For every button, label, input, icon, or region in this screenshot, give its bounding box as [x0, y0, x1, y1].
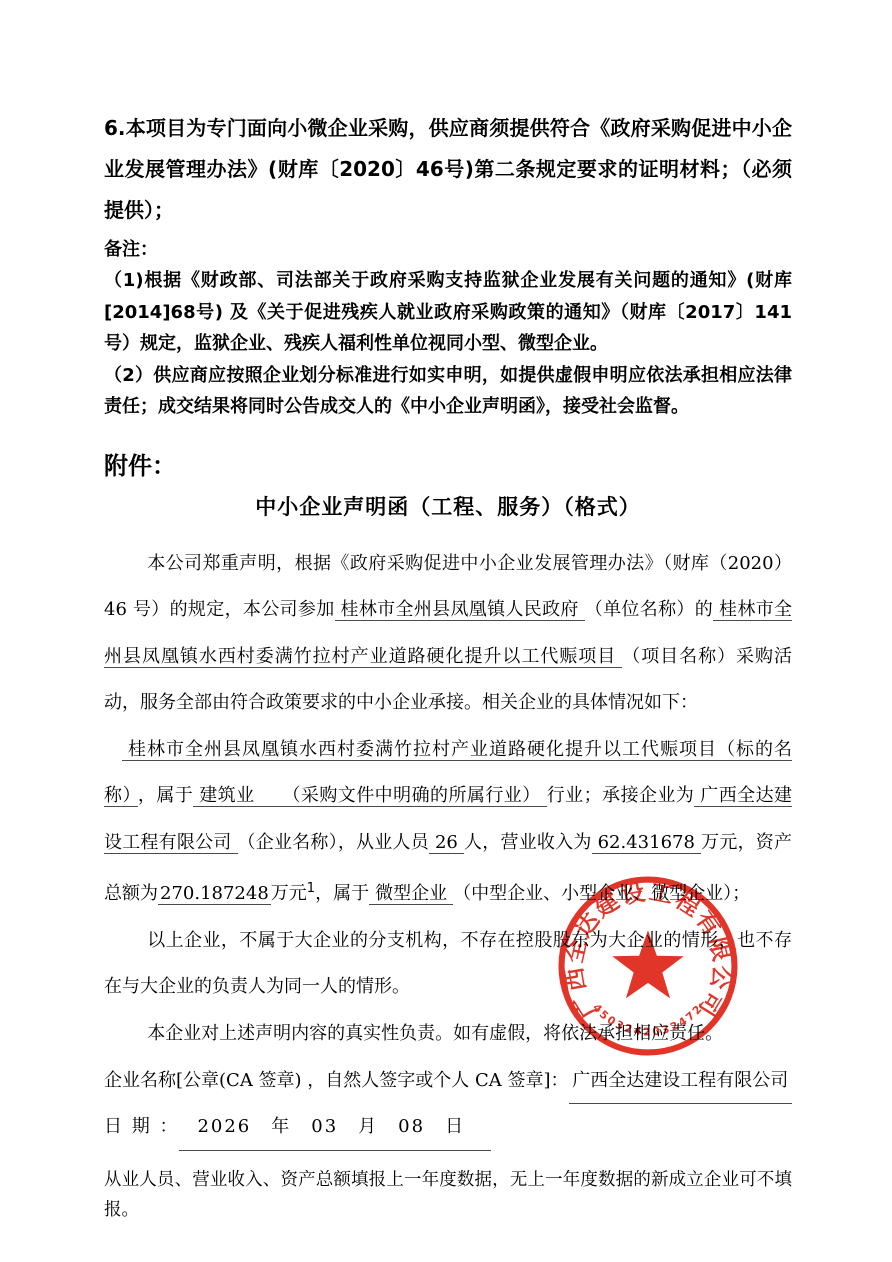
p2-text-1: 行业；承接企业为 — [547, 785, 695, 806]
employees-blank: 26 — [429, 832, 464, 854]
note-1: （1)根据《财政部、司法部关于政府采购支持监狱企业发展有关问题的通知》(财库[2… — [104, 265, 792, 360]
declaration-body: 本公司郑重声明，根据《政府采购促进中小企业发展管理办法》（财库（2020）46 … — [104, 541, 792, 1058]
notes-label: 备注： — [104, 235, 792, 265]
footnote-text: 从业人员、营业收入、资产总额填报上一年度数据，无上一年度数据的新成立企业可不填报… — [104, 1165, 792, 1225]
declaration-paragraph-4: 本企业对上述声明内容的真实性负责。如有虚假，将依法承担相应责任。 — [104, 1011, 792, 1058]
p2-text-6: ，属于 — [315, 883, 369, 904]
declaration-paragraph-3: 以上企业，不属于大企业的分支机构，不存在控股股东为大企业的情形，也不存在与大企业… — [104, 918, 792, 1011]
assets-blank: 270.187248 — [158, 883, 271, 905]
signature-company-name: 广西全达建设工程有限公司 — [569, 1059, 792, 1104]
date-value: 2026 年 03 月 08 日 — [179, 1104, 491, 1151]
attachment-label: 附件： — [104, 451, 792, 481]
p2-text-3: 人，营业收入为 — [464, 832, 592, 853]
declaration-paragraph-1: 本公司郑重声明，根据《政府采购促进中小企业发展管理办法》（财库（2020）46 … — [104, 541, 792, 727]
p2-text-5: 万元 — [271, 883, 307, 904]
enterprise-type-blank: 微型企业 — [369, 883, 453, 905]
clause-item-6: 6.本项目为专门面向小微企业采购，供应商须提供符合《政府采购促进中小企业发展管理… — [104, 108, 792, 231]
signature-line: 企业名称[公章(CA 签章) ，自然人签字或个人 CA 签章]： 广西全达建设工… — [104, 1059, 792, 1104]
p1-text-1: （单位名称）的 — [585, 599, 713, 620]
revenue-blank: 62.431678 — [592, 832, 701, 854]
note-2: （2）供应商应按照企业划分标准进行如实申明，如提供虚假申明应依法承担相应法律责任… — [104, 360, 792, 423]
document-title: 中小企业声明函（工程、服务）（格式） — [104, 491, 792, 521]
footnote-reference: 1 — [307, 881, 315, 896]
document-content: 6.本项目为专门面向小微企业采购，供应商须提供符合《政府采购促进中小企业发展管理… — [104, 108, 792, 1225]
p2-text-7: （中型企业、小型企业、微型企业）； — [453, 883, 750, 904]
signature-label: 企业名称[公章(CA 签章) ，自然人签字或个人 CA 签章]： — [104, 1059, 569, 1103]
date-label: 日 期 ： — [104, 1104, 179, 1150]
unit-name-blank: 桂林市全州县凤凰镇人民政府 — [335, 599, 585, 621]
industry-blank: 建筑业 （采购文件中明确的所属行业） — [193, 785, 546, 807]
date-line: 日 期 ： 2026 年 03 月 08 日 — [104, 1104, 792, 1151]
document-page: 6.本项目为专门面向小微企业采购，供应商须提供符合《政府采购促进中小企业发展管理… — [0, 0, 892, 1262]
declaration-paragraph-2: 桂林市全州县凤凰镇水西村委满竹拉村产业道路硬化提升以工代赈项目（标的名称），属于… — [104, 727, 792, 918]
p2-text-2: （企业名称），从业人员 — [238, 832, 429, 853]
p2-text-0: ，属于 — [138, 785, 193, 806]
